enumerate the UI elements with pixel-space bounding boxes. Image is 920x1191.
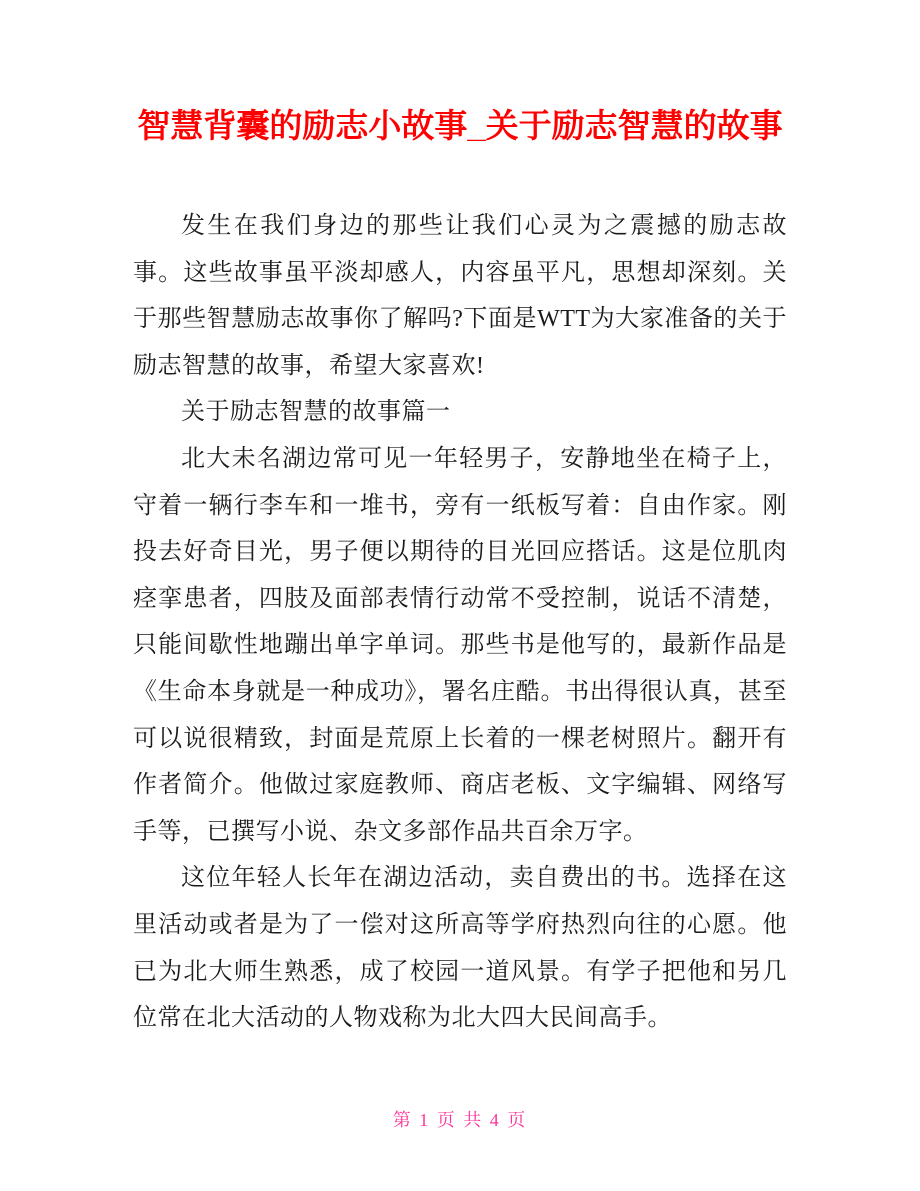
document-body: 发生在我们身边的那些让我们心灵为之震撼的励志故事。这些故事虽平淡却感人，内容虽平… xyxy=(133,203,787,1042)
paragraph-story-1: 北大未名湖边常可见一年轻男子，安静地坐在椅子上，守着一辆行李车和一堆书，旁有一纸… xyxy=(133,436,787,855)
paragraph-section-heading: 关于励志智慧的故事篇一 xyxy=(133,389,787,436)
document-page: 智慧背囊的励志小故事_关于励志智慧的故事 发生在我们身边的那些让我们心灵为之震撼… xyxy=(0,0,920,1191)
page-number: 第 1 页 共 4 页 xyxy=(393,1110,528,1130)
page-title: 智慧背囊的励志小故事_关于励志智慧的故事 xyxy=(0,106,920,146)
paragraph-intro: 发生在我们身边的那些让我们心灵为之震撼的励志故事。这些故事虽平淡却感人，内容虽平… xyxy=(133,203,787,389)
page-footer: 第 1 页 共 4 页 xyxy=(0,1108,920,1133)
paragraph-story-2: 这位年轻人长年在湖边活动，卖自费出的书。选择在这里活动或者是为了一偿对这所高等学… xyxy=(133,855,787,1041)
